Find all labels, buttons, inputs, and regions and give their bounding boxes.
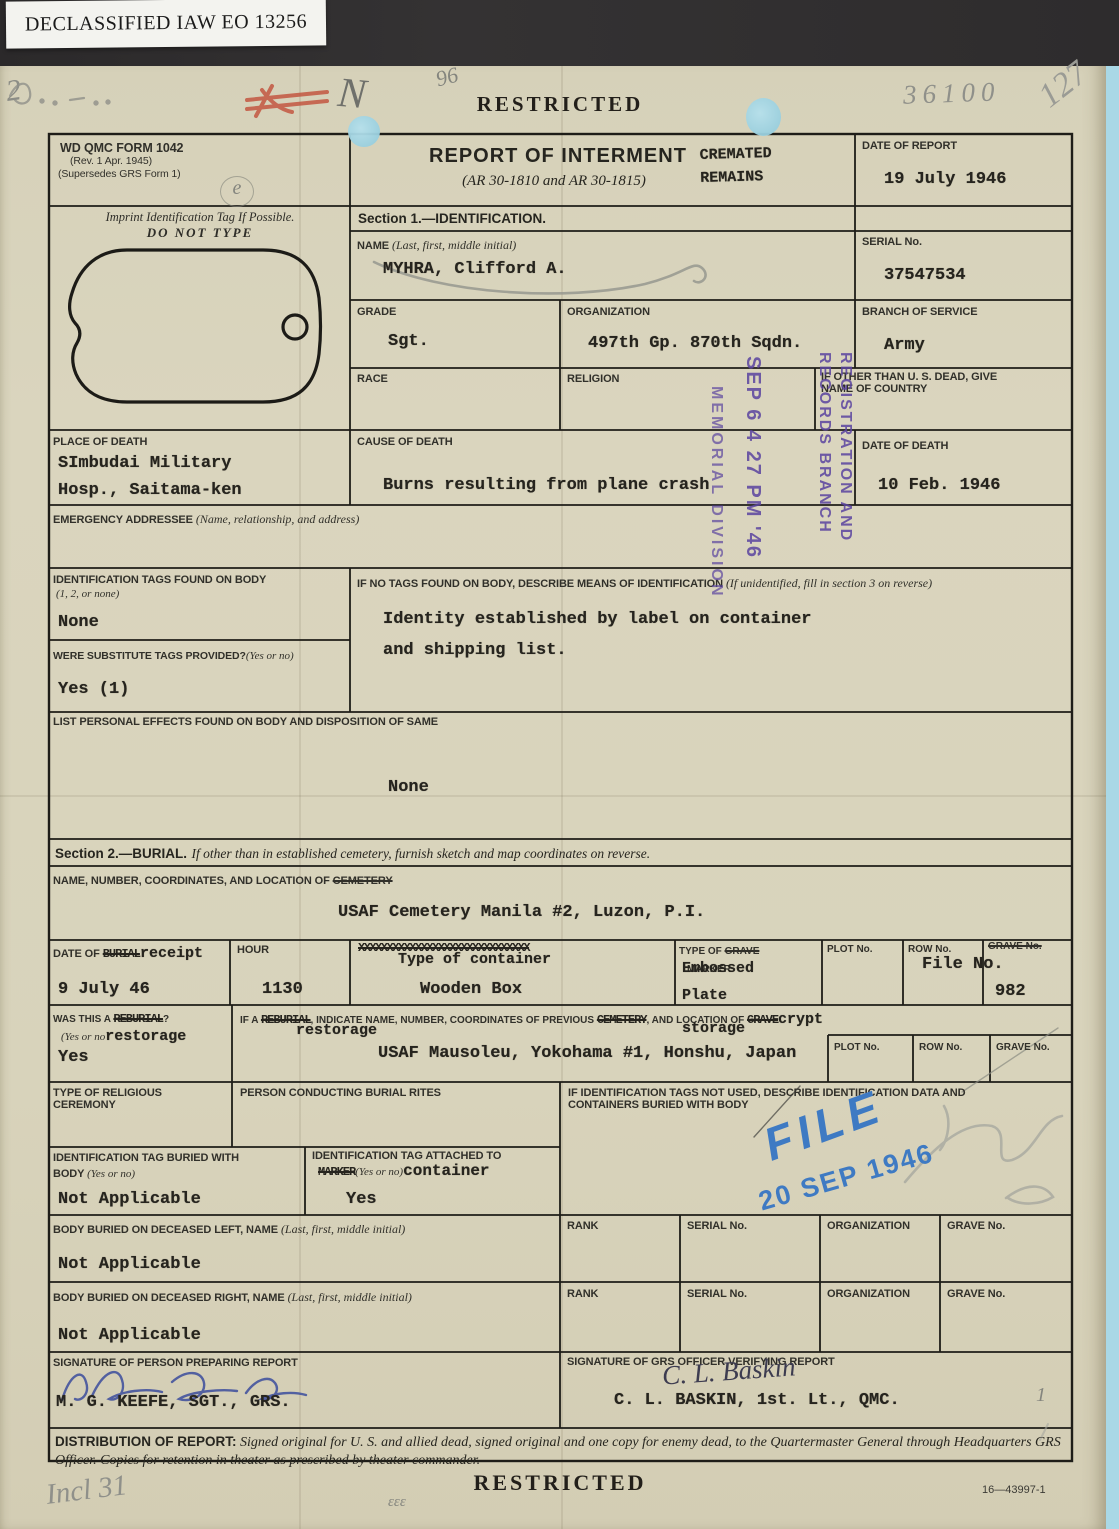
- name-label: NAME (Last, first, middle initial): [357, 236, 516, 254]
- date-of-death-label: DATE OF DEATH: [862, 440, 948, 453]
- cemetery-value: USAF Cemetery Manila #2, Luzon, P.I.: [338, 903, 705, 922]
- tag-box-instruction-1: Imprint Identification Tag If Possible.: [55, 210, 345, 225]
- grave-col-label-2: GRAVE No.: [947, 1288, 1005, 1301]
- section1-heading: Section 1.—IDENTIFICATION.: [358, 211, 546, 226]
- religion-label: RELIGION: [567, 373, 619, 386]
- file-no-typed: File No.: [922, 955, 1004, 974]
- previous-typed-storage: storage: [682, 1020, 745, 1037]
- ceremony-label: TYPE OF RELIGIOUS CEREMONY: [53, 1087, 162, 1111]
- serial-label: SERIAL No.: [862, 236, 922, 249]
- cemetery-label: NAME, NUMBER, COORDINATES, AND LOCATION …: [53, 871, 393, 889]
- handwritten-n-mark: N: [336, 69, 368, 119]
- grade-label: GRADE: [357, 306, 396, 319]
- row-no-label-2: ROW No.: [919, 1042, 962, 1054]
- form-number: WD QMC FORM 1042: [60, 141, 183, 156]
- hour-value: 1130: [262, 980, 303, 999]
- preparer-typed-name: M. G. KEEFE, SGT., GRS.: [56, 1393, 291, 1412]
- distribution-note: DISTRIBUTION OF REPORT: Signed original …: [55, 1433, 1063, 1469]
- org-col-label-1: ORGANIZATION: [827, 1220, 910, 1233]
- burial-rites-label: PERSON CONDUCTING BURIAL RITES: [240, 1087, 441, 1100]
- cause-of-death-value: Burns resulting from plane crash: [383, 476, 709, 495]
- personal-effects-label: LIST PERSONAL EFFECTS FOUND ON BODY AND …: [53, 716, 438, 729]
- form-revision: (Rev. 1 Apr. 1945): [70, 155, 152, 168]
- tag-attached-value: Yes: [346, 1190, 377, 1209]
- form-title: REPORT OF INTERMENT: [408, 145, 708, 168]
- form-supersedes: (Supersedes GRS Form 1): [58, 168, 181, 181]
- container-label-typed: Type of container: [398, 951, 551, 968]
- handwritten-e-mark: e: [220, 176, 254, 207]
- section2-heading: Section 2.—BURIAL. If other than in esta…: [55, 845, 1055, 863]
- restricted-classification-top: RESTRICTED: [430, 92, 690, 117]
- place-of-death-label: PLACE OF DEATH: [53, 436, 147, 449]
- branch-label: BRANCH OF SERVICE: [862, 306, 977, 319]
- restricted-classification-bottom: RESTRICTED: [430, 1470, 690, 1496]
- place-of-death-value: SImbudai Military Hosp., Saitama-ken: [58, 450, 242, 504]
- date-of-death-value: 10 Feb. 1946: [878, 476, 1000, 495]
- container-value: Wooden Box: [420, 980, 522, 999]
- branch-value: Army: [884, 336, 925, 355]
- print-form-code: 16—43997-1: [982, 1484, 1046, 1496]
- tags-found-paren: (1, 2, or none): [56, 588, 119, 600]
- grade-value: Sgt.: [388, 332, 429, 351]
- cause-of-death-label: CAUSE OF DEATH: [357, 436, 453, 449]
- reburial-value: Yes: [58, 1048, 89, 1067]
- personal-effects-value: None: [388, 778, 429, 797]
- blue-dot-mark: [746, 98, 781, 136]
- received-stamp-division: MEMORIAL DIVISION: [707, 386, 725, 599]
- tags-found-label: IDENTIFICATION TAGS FOUND ON BODY: [53, 574, 266, 587]
- verifier-typed-name: C. L. BASKIN, 1st. Lt., QMC.: [614, 1391, 900, 1410]
- previous-typed-restorage: restorage: [296, 1022, 377, 1039]
- received-stamp-date: SEP 6 4 27 PM '46: [741, 356, 764, 559]
- tag-buried-value: Not Applicable: [58, 1190, 201, 1209]
- cremated-remains-note: CREMATED REMAINS: [699, 142, 772, 190]
- hour-label: HOUR: [237, 944, 269, 957]
- serial-col-label-1: SERIAL No.: [687, 1220, 747, 1233]
- race-label: RACE: [357, 373, 388, 386]
- body-left-value: Not Applicable: [58, 1255, 201, 1274]
- serial-value: 37547534: [884, 266, 966, 285]
- plot-no-label-2: PLOT No.: [834, 1042, 880, 1054]
- handwritten-one-mark: 1: [1036, 1384, 1046, 1407]
- tags-found-value: None: [58, 613, 99, 632]
- organization-value: 497th Gp. 870th Sqdn.: [588, 334, 802, 353]
- scanned-document: DECLASSIFIED IAW EO 13256: [0, 0, 1119, 1529]
- marker-value: Embossed Plate: [682, 955, 754, 1009]
- form-title-refs: (AR 30-1810 and AR 30-1815): [404, 173, 704, 190]
- no-tags-value: Identity established by label on contain…: [383, 604, 811, 666]
- date-of-report-value: 19 July 1946: [884, 170, 1006, 189]
- blue-dot-mark: [348, 116, 380, 147]
- substitute-tags-value: Yes (1): [58, 680, 129, 699]
- rank-label-1: RANK: [567, 1220, 598, 1233]
- tag-buried-label-2: BODY (Yes or no): [53, 1164, 135, 1182]
- grave-no-label-2: GRAVE No.: [996, 1042, 1050, 1054]
- reburial-question-label: WAS THIS A REBURIAL? (Yes or norestorage: [53, 1009, 231, 1045]
- handwritten-scribble-mark: εεε: [388, 1494, 406, 1511]
- handwritten-doc-number: 36100: [902, 76, 1001, 110]
- grave-no-label-struck: GRAVE No.: [988, 941, 1042, 953]
- dog-tag-outline: [55, 240, 335, 412]
- date-of-receipt-value: 9 July 46: [58, 980, 150, 999]
- tag-box-instruction-2: DO NOT TYPE: [55, 225, 345, 241]
- emergency-addressee-label: EMERGENCY ADDRESSEE (Name, relationship,…: [53, 510, 359, 528]
- date-of-receipt-label: DATE OF BURIALreceipt: [53, 944, 228, 962]
- grave-col-label-1: GRAVE No.: [947, 1220, 1005, 1233]
- plot-no-label: PLOT No.: [827, 944, 873, 956]
- previous-location-value: USAF Mausoleu, Yokohama #1, Honshu, Japa…: [378, 1044, 796, 1063]
- date-of-report-label: DATE OF REPORT: [862, 140, 957, 153]
- received-stamp-branch: REGISTRATION AND RECORDS BRANCH: [814, 352, 856, 592]
- body-right-label: BODY BURIED ON DECEASED RIGHT, NAME (Las…: [53, 1288, 412, 1306]
- tag-attached-label-2: MARKER(Yes or no)container: [318, 1162, 490, 1180]
- rank-label-2: RANK: [567, 1288, 598, 1301]
- name-value: MYHRA, Clifford A.: [383, 260, 567, 279]
- grave-no-value: 982: [995, 982, 1026, 1001]
- body-right-value: Not Applicable: [58, 1326, 201, 1345]
- serial-col-label-2: SERIAL No.: [687, 1288, 747, 1301]
- org-col-label-2: ORGANIZATION: [827, 1288, 910, 1301]
- substitute-tags-label: WERE SUBSTITUTE TAGS PROVIDED?(Yes or no…: [53, 646, 348, 664]
- body-left-label: BODY BURIED ON DECEASED LEFT, NAME (Last…: [53, 1220, 405, 1238]
- organization-label: ORGANIZATION: [567, 306, 650, 319]
